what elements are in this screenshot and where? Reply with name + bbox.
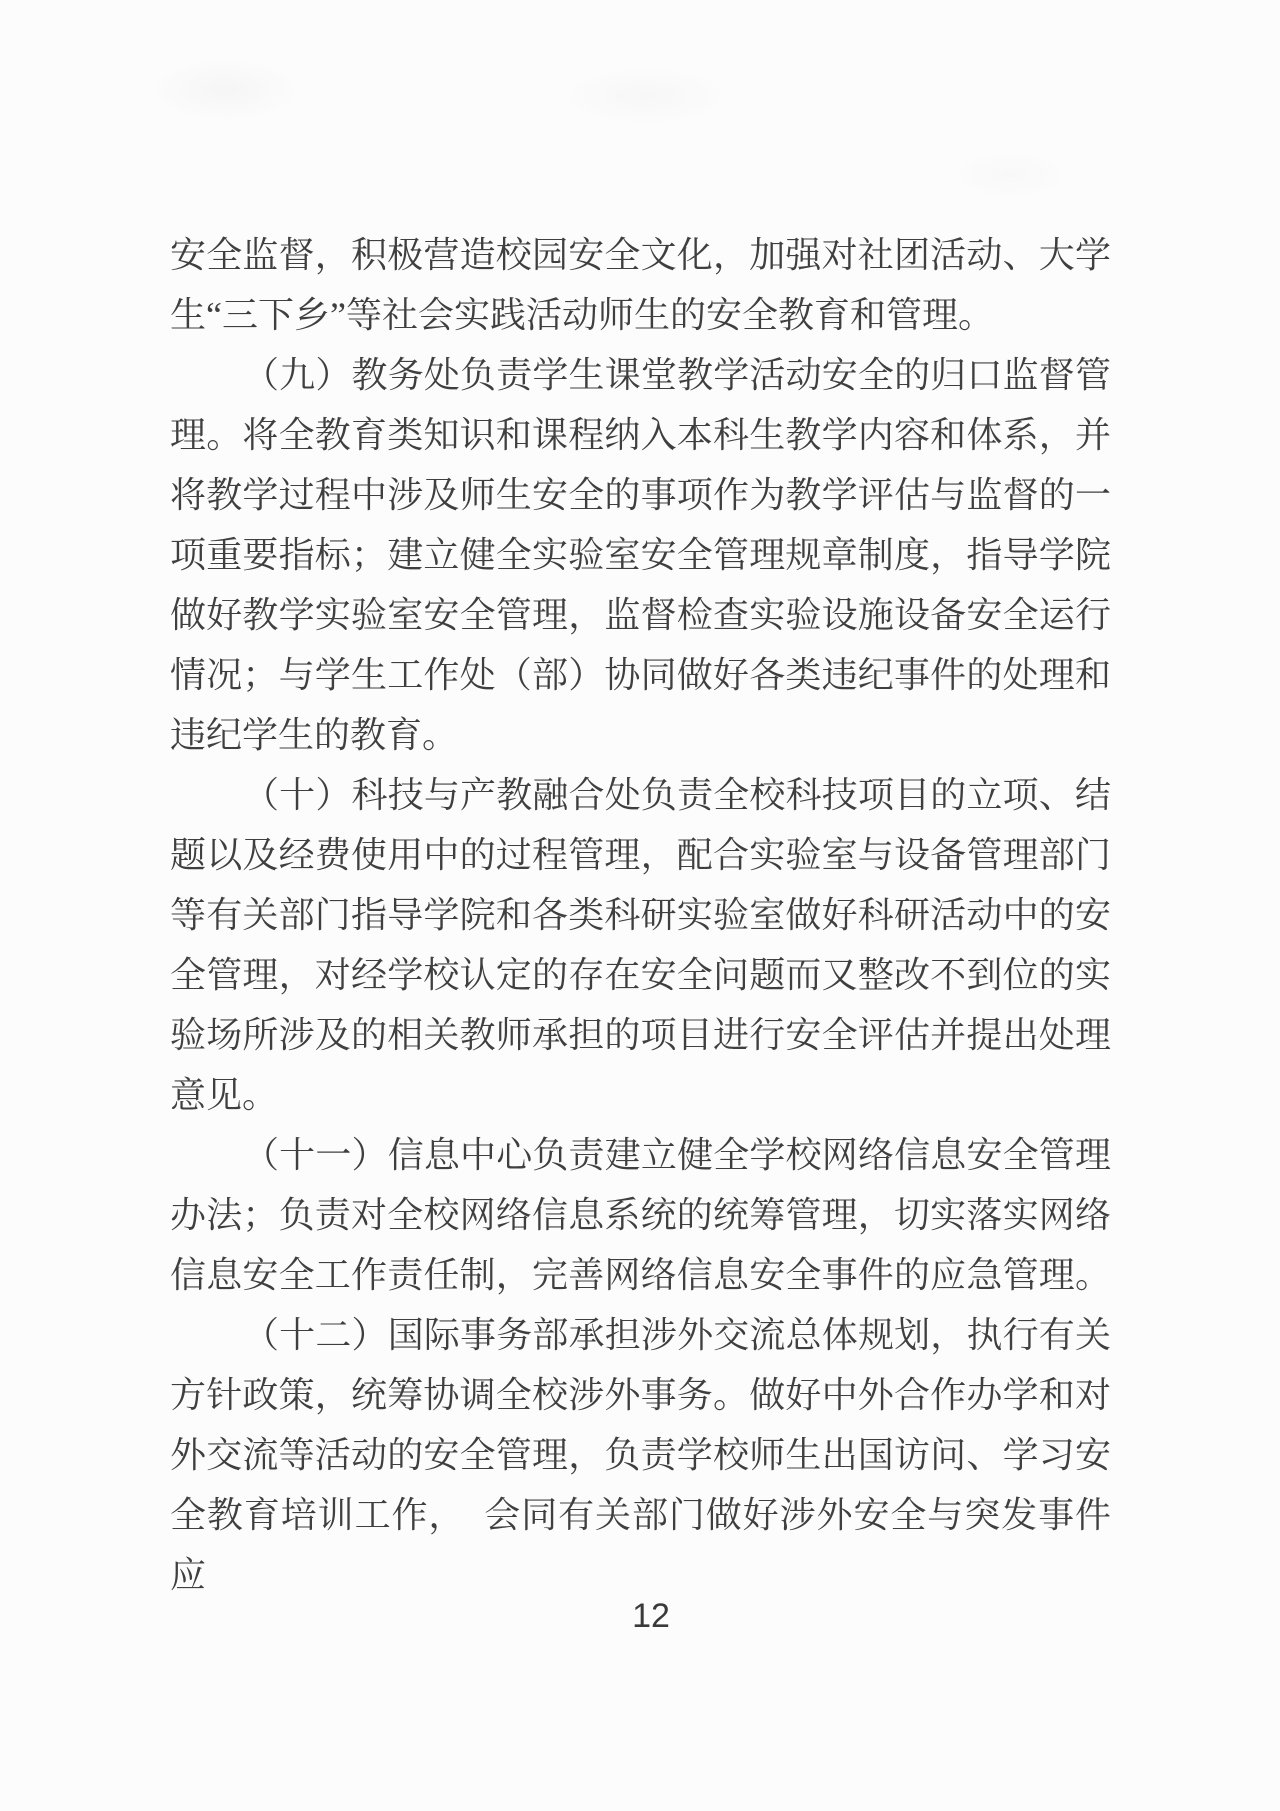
text-line: 理。将全教育类知识和课程纳入本科生教学内容和体系，并 [170, 405, 1111, 465]
text-line: 意见。 [170, 1065, 1111, 1125]
page-number: 12 [0, 1597, 1280, 1636]
text-line: 题以及经费使用中的过程管理，配合实验室与设备管理部门 [170, 825, 1111, 885]
text-line: 安全监督，积极营造校园安全文化，加强对社团活动、大学 [170, 225, 1111, 285]
scan-smudge [560, 66, 730, 126]
text-line: （十）科技与产教融合处负责全校科技项目的立项、结 [170, 765, 1111, 825]
text-line: 验场所涉及的相关教师承担的项目进行安全评估并提出处理 [170, 1005, 1111, 1065]
text-line: 方针政策，统筹协调全校涉外事务。做好中外合作办学和对 [170, 1365, 1111, 1425]
scan-smudge [950, 150, 1070, 200]
text-line: 全管理，对经学校认定的存在安全问题而又整改不到位的实 [170, 945, 1111, 1005]
text-line: 全教育培训工作， 会同有关部门做好涉外安全与突发事件应 [170, 1485, 1111, 1545]
document-body: 安全监督，积极营造校园安全文化，加强对社团活动、大学生“三下乡”等社会实践活动师… [170, 225, 1111, 1545]
text-line: 办法；负责对全校网络信息系统的统筹管理，切实落实网络 [170, 1185, 1111, 1245]
text-line: 等有关部门指导学院和各类科研实验室做好科研活动中的安 [170, 885, 1111, 945]
text-line: 信息安全工作责任制，完善网络信息安全事件的应急管理。 [170, 1245, 1111, 1305]
text-line: 项重要指标；建立健全实验室安全管理规章制度，指导学院 [170, 525, 1111, 585]
text-line: 情况；与学生工作处（部）协同做好各类违纪事件的处理和 [170, 645, 1111, 705]
text-line: 违纪学生的教育。 [170, 705, 1111, 765]
text-line: 做好教学实验室安全管理，监督检查实验设施设备安全运行 [170, 585, 1111, 645]
text-line: 外交流等活动的安全管理，负责学校师生出国访问、学习安 [170, 1425, 1111, 1485]
text-line: 生“三下乡”等社会实践活动师生的安全教育和管理。 [170, 285, 1111, 345]
text-line: （十二）国际事务部承担涉外交流总体规划，执行有关 [170, 1305, 1111, 1365]
text-line: （九）教务处负责学生课堂教学活动安全的归口监督管 [170, 345, 1111, 405]
text-line: （十一）信息中心负责建立健全学校网络信息安全管理 [170, 1125, 1111, 1185]
scan-smudge [150, 58, 300, 122]
document-page: 安全监督，积极营造校园安全文化，加强对社团活动、大学生“三下乡”等社会实践活动师… [0, 0, 1280, 1811]
text-line: 将教学过程中涉及师生安全的事项作为教学评估与监督的一 [170, 465, 1111, 525]
